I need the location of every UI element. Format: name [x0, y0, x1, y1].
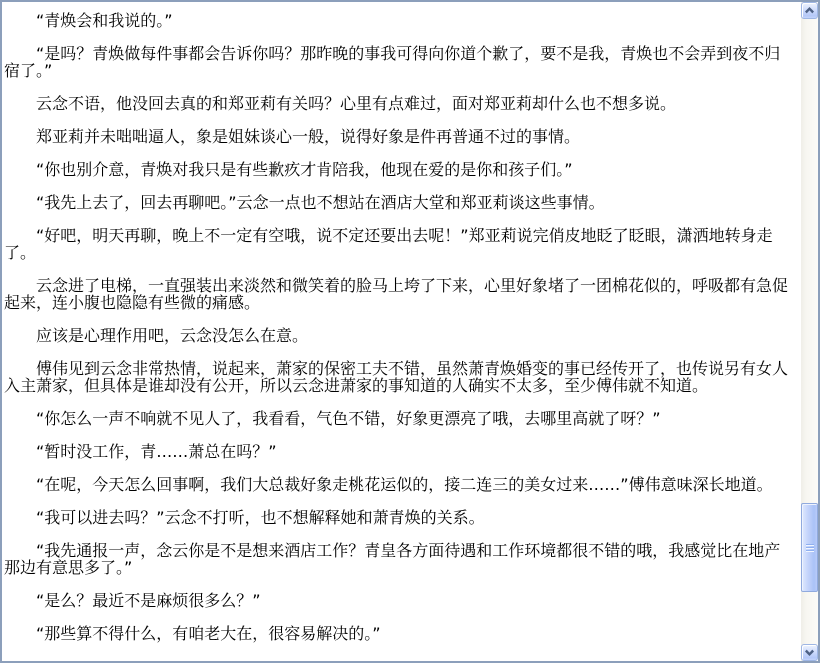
paragraph: “青焕会和我说的。”	[4, 12, 789, 29]
paragraph: “我可以进去吗？”云念不打听，也不想解释她和萧青焕的关系。	[4, 509, 789, 526]
paragraph: “我先通报一声，念云你是不是想来酒店工作？青皇各方面待遇和工作环境都很不错的哦，…	[4, 542, 789, 576]
paragraph: 郑亚莉并未咄咄逼人，象是姐妹谈心一般，说得好象是件再普通不过的事情。	[4, 128, 789, 145]
paragraph: “在呢，今天怎么回事啊，我们大总裁好象走桃花运似的，接二连三的美女过来……”傅伟…	[4, 476, 789, 493]
scroll-down-button[interactable]	[801, 644, 818, 661]
chevron-up-icon	[805, 7, 814, 14]
paragraph: “你也别介意，青焕对我只是有些歉疚才肯陪我，他现在爱的是你和孩子们。”	[4, 161, 789, 178]
chevron-down-icon	[805, 649, 814, 656]
paragraph: “好吧，明天再聊，晚上不一定有空哦，说不定还要出去呢！”郑亚莉说完俏皮地眨了眨眼…	[4, 227, 789, 261]
paragraph: “是么？最近不是麻烦很多么？”	[4, 592, 789, 609]
vertical-scrollbar[interactable]	[801, 2, 818, 661]
paragraph: “是吗？青焕做每件事都会告诉你吗？那昨晚的事我可得向你道个歉了，要不是我，青焕也…	[4, 45, 789, 79]
paragraph: “那些算不得什么，有咱老大在，很容易解决的。”	[4, 625, 789, 642]
paragraph: 应该是心理作用吧，云念没怎么在意。	[4, 327, 789, 344]
paragraph: 云念不语，他没回去真的和郑亚莉有关吗？心里有点难过，面对郑亚莉却什么也不想多说。	[4, 95, 789, 112]
paragraph: 云念进了电梯，一直强装出来淡然和微笑着的脸马上垮了下来，心里好象堵了一团棉花似的…	[4, 277, 789, 311]
scrollbar-thumb[interactable]	[801, 503, 818, 592]
paragraph: “暂时没工作，青……萧总在吗？”	[4, 443, 789, 460]
page: “青焕会和我说的。”“是吗？青焕做每件事都会告诉你吗？那昨晚的事我可得向你道个歉…	[0, 0, 820, 663]
novel-text: “青焕会和我说的。”“是吗？青焕做每件事都会告诉你吗？那昨晚的事我可得向你道个歉…	[2, 2, 801, 661]
scrollbar-grip-icon	[806, 544, 814, 552]
paragraph: 傅伟见到云念非常热情，说起来，萧家的保密工夫不错，虽然萧青焕婚变的事已经传开了，…	[4, 360, 789, 394]
scroll-up-button[interactable]	[801, 2, 818, 19]
paragraph: “你怎么一声不响就不见人了，我看看，气色不错，好象更漂亮了哦，去哪里高就了呀？”	[4, 410, 789, 427]
paragraph: “我先上去了，回去再聊吧。”云念一点也不想站在酒店大堂和郑亚莉谈这些事情。	[4, 194, 789, 211]
